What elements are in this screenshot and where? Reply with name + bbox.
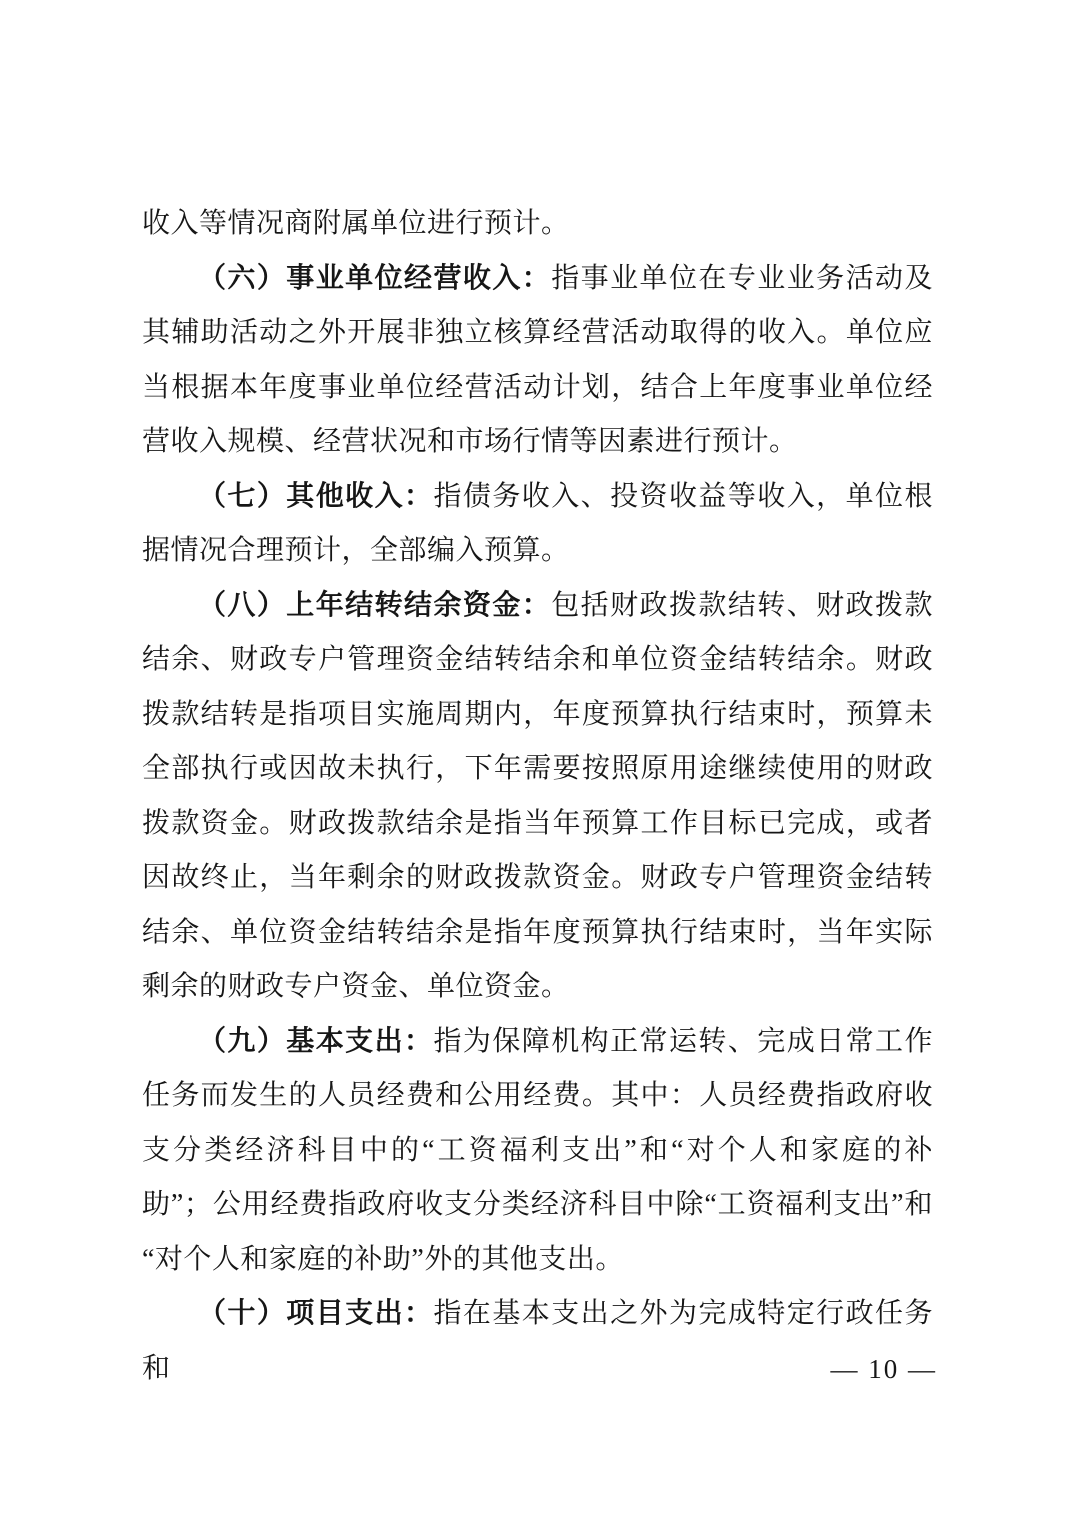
- paragraph-continuation: 收入等情况商附属单位进行预计。: [142, 197, 933, 252]
- paragraph-text: 收入等情况商附属单位进行预计。: [142, 208, 570, 239]
- page-number: — 10 —: [831, 1355, 938, 1383]
- paragraph-clause-10: （十）项目支出：指在基本支出之外为完成特定行政任务和: [142, 1287, 933, 1396]
- paragraph-clause-8: （八）上年结转结余资金：包括财政拨款结转、财政拨款结余、财政专户管理资金结转结余…: [142, 579, 933, 1015]
- clause-text: 包括财政拨款结转、财政拨款结余、财政专户管理资金结转结余和单位资金结转结余。财政…: [142, 590, 933, 1003]
- clause-heading: （九）基本支出：: [198, 1026, 434, 1057]
- clause-heading: （七）其他收入：: [198, 481, 434, 512]
- clause-text: 指为保障机构正常运转、完成日常工作任务而发生的人员经费和公用经费。其中：人员经费…: [142, 1026, 933, 1275]
- clause-heading: （六）事业单位经营收入：: [198, 263, 551, 294]
- document-body: 收入等情况商附属单位进行预计。 （六）事业单位经营收入：指事业单位在专业业务活动…: [142, 197, 933, 1396]
- paragraph-clause-6: （六）事业单位经营收入：指事业单位在专业业务活动及其辅助活动之外开展非独立核算经…: [142, 252, 933, 470]
- paragraph-clause-9: （九）基本支出：指为保障机构正常运转、完成日常工作任务而发生的人员经费和公用经费…: [142, 1015, 933, 1288]
- clause-heading: （十）项目支出：: [198, 1298, 434, 1329]
- document-page: 收入等情况商附属单位进行预计。 （六）事业单位经营收入：指事业单位在专业业务活动…: [0, 0, 1074, 1520]
- clause-heading: （八）上年结转结余资金：: [198, 590, 551, 621]
- paragraph-clause-7: （七）其他收入：指债务收入、投资收益等收入，单位根据情况合理预计，全部编入预算。: [142, 470, 933, 579]
